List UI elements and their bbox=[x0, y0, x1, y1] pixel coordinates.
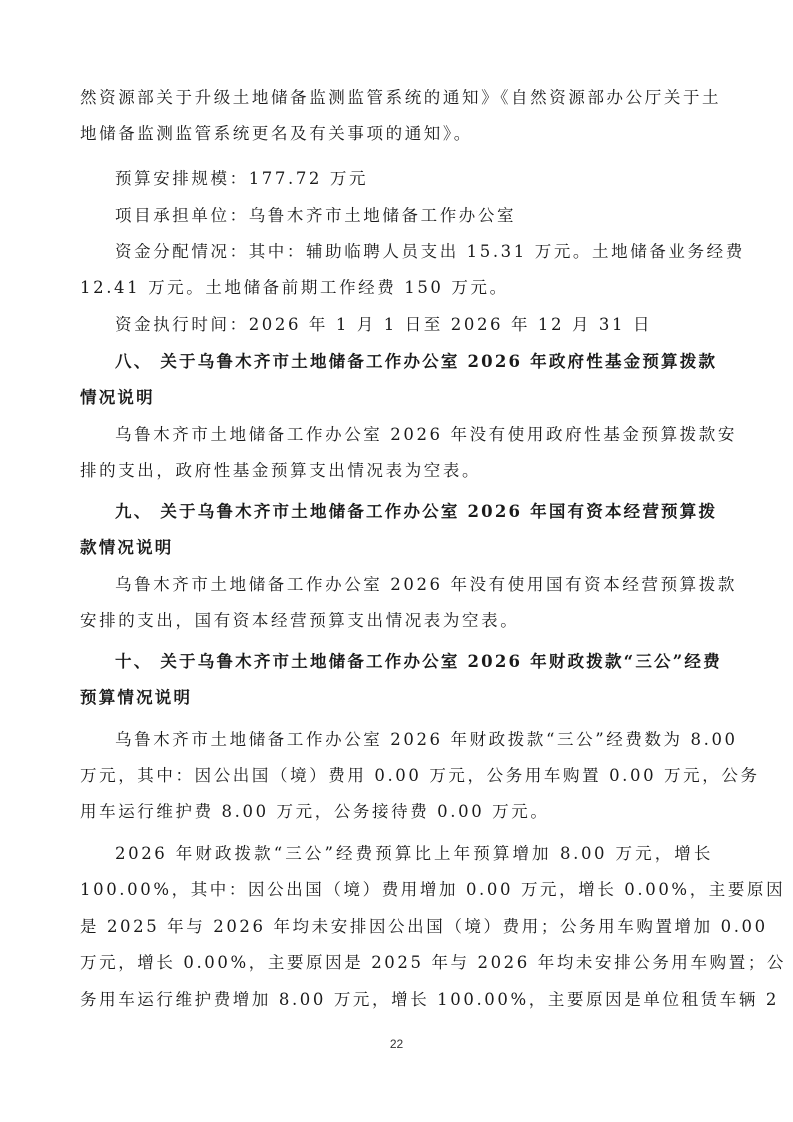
body-text-line: 地储备监测监管系统更名及有关事项的通知》。 bbox=[80, 124, 473, 144]
page-number: 22 bbox=[0, 1037, 793, 1051]
section-9-heading: 九、 关于乌鲁木齐市土地储备工作办公室 2026 年国有资本经营预算拨 bbox=[115, 502, 713, 522]
project-unit-line: 项目承担单位：乌鲁木齐市土地储备工作办公室 bbox=[115, 206, 516, 226]
section-10-para2: 务用车运行维护费增加 8.00 万元，增长 100.00%，主要原因是单位租赁车… bbox=[80, 990, 713, 1010]
budget-scale-line: 预算安排规模：177.72 万元 bbox=[115, 169, 368, 189]
section-10-para2: 是 2025 年与 2026 年均未安排因公出国（境）费用；公务用车购置增加 0… bbox=[80, 917, 713, 937]
section-10-para2: 万元，增长 0.00%，主要原因是 2025 年与 2026 年均未安排公务用车… bbox=[80, 953, 713, 973]
body-text-line: 然资源部关于升级土地储备监测监管系统的通知》《自然资源部办公厅关于土 bbox=[80, 88, 713, 108]
section-10-heading: 预算情况说明 bbox=[80, 688, 192, 708]
section-10-para1: 用车运行维护费 8.00 万元，公务接待费 0.00 万元。 bbox=[80, 802, 549, 822]
section-10-para2: 2026 年财政拨款“三公”经费预算比上年预算增加 8.00 万元，增长 bbox=[115, 844, 713, 864]
section-8-body: 排的支出，政府性基金预算支出情况表为空表。 bbox=[80, 461, 481, 481]
fund-allocation-line: 资金分配情况：其中：辅助临聘人员支出 15.31 万元。土地储备业务经费 bbox=[115, 242, 713, 262]
section-9-heading: 款情况说明 bbox=[80, 538, 174, 558]
section-10-para1: 万元，其中：因公出国（境）费用 0.00 万元，公务用车购置 0.00 万元，公… bbox=[80, 766, 713, 786]
section-8-body: 乌鲁木齐市土地储备工作办公室 2026 年没有使用政府性基金预算拨款安 bbox=[115, 425, 713, 445]
section-8-heading: 情况说明 bbox=[80, 388, 155, 408]
fund-allocation-line: 12.41 万元。土地储备前期工作经费 150 万元。 bbox=[80, 278, 509, 298]
execution-time-line: 资金执行时间：2026 年 1 月 1 日至 2026 年 12 月 31 日 bbox=[115, 315, 652, 335]
section-10-para1: 乌鲁木齐市土地储备工作办公室 2026 年财政拨款“三公”经费数为 8.00 bbox=[115, 730, 713, 750]
section-9-body: 乌鲁木齐市土地储备工作办公室 2026 年没有使用国有资本经营预算拨款 bbox=[115, 575, 713, 595]
section-10-para2: 100.00%，其中：因公出国（境）费用增加 0.00 万元，增长 0.00%，… bbox=[80, 880, 713, 900]
section-10-heading: 十、 关于乌鲁木齐市土地储备工作办公室 2026 年财政拨款“三公”经费 bbox=[115, 652, 713, 672]
section-8-heading: 八、 关于乌鲁木齐市土地储备工作办公室 2026 年政府性基金预算拨款 bbox=[115, 352, 713, 372]
section-9-body: 安排的支出，国有资本经营预算支出情况表为空表。 bbox=[80, 611, 519, 631]
